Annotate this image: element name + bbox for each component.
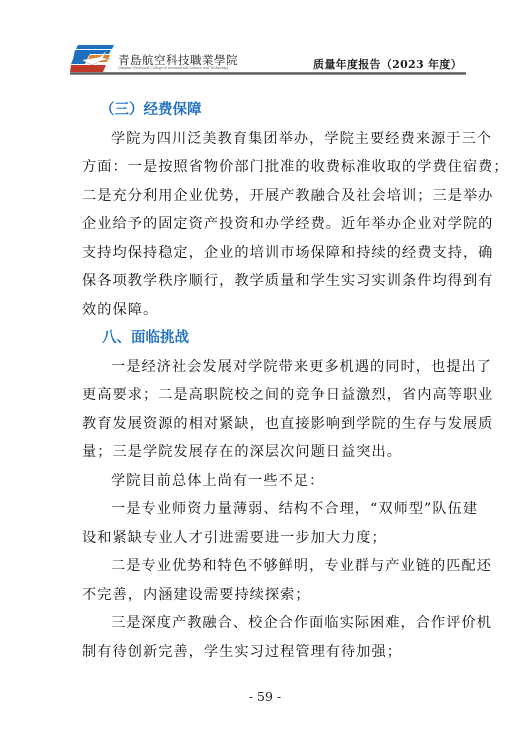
text-line: 学院目前总体上尚有一些不足：	[82, 467, 464, 496]
text-line: 不完善，内涵建设需要持续探索；	[82, 581, 464, 610]
paragraph-funding: 学院为四川泛美教育集团举办，学院主要经费来源于三个 方面：一是按照省物价部门批准…	[82, 125, 464, 325]
college-logo-icon	[70, 45, 114, 72]
text-line: 教育发展资源的相对紧缺，也直接影响到学院的生存与发展质	[82, 410, 464, 439]
text-line: 企业给予的固定资产投资和办学经费。近年举办企业对学院的	[82, 210, 464, 239]
page-header: 青島航空科技職業學院 Qingdao Vocational College of…	[70, 40, 466, 76]
text-line: 学院为四川泛美教育集团举办，学院主要经费来源于三个	[82, 125, 464, 154]
paragraph-shortcoming-3: 三是深度产教融合、校企合作面临实际困难，合作评价机 制有待创新完善，学生实习过程…	[82, 609, 464, 666]
text-line: 一是专业师资力量薄弱、结构不合理，“双师型”队伍建	[82, 495, 464, 524]
page-number: - 59 -	[0, 689, 530, 704]
text-line: 二是充分利用企业优势，开展产教融合及社会培训；三是举办	[82, 182, 464, 211]
text-line: 制有待创新完善，学生实习过程管理有待加强；	[82, 638, 464, 667]
paragraph-shortcoming-2: 二是专业优势和特色不够鲜明，专业群与产业链的匹配还 不完善，内涵建设需要持续探索…	[82, 552, 464, 609]
text-line: 一是经济社会发展对学院带来更多机遇的同时，也提出了	[82, 353, 464, 382]
section-heading-funding: （三）经费保障	[82, 96, 464, 125]
text-line: 量；三是学院发展存在的深层次问题日益突出。	[82, 438, 464, 467]
text-line: 支持均保持稳定，企业的培训市场保障和持续的经费支持，确	[82, 239, 464, 268]
report-title: 质量年度报告（2023 年度）	[313, 56, 462, 72]
text-line: 三是深度产教融合、校企合作面临实际困难，合作评价机	[82, 609, 464, 638]
text-line: 方面：一是按照省物价部门批准的收费标准收取的学费住宿费；	[82, 153, 464, 182]
text-line: 二是专业优势和特色不够鲜明，专业群与产业链的匹配还	[82, 552, 464, 581]
section-heading-challenges: 八、面临挑战	[82, 324, 464, 353]
text-line: 效的保障。	[82, 296, 464, 325]
paragraph-challenges-overview: 一是经济社会发展对学院带来更多机遇的同时，也提出了 更高要求；二是高职院校之间的…	[82, 353, 464, 467]
header-divider	[70, 72, 466, 75]
text-line: 保各项教学秩序顺行，教学质量和学生实习实训条件均得到有	[82, 267, 464, 296]
paragraph-shortcomings-intro: 学院目前总体上尚有一些不足：	[82, 467, 464, 496]
text-line: 更高要求；二是高职院校之间的竞争日益激烈，省内高等职业	[82, 381, 464, 410]
text-line: 设和紧缺专业人才引进需要进一步加大力度；	[82, 524, 464, 553]
school-name-english: Qingdao Vocational College of Aeronautic…	[118, 66, 228, 70]
paragraph-shortcoming-1: 一是专业师资力量薄弱、结构不合理，“双师型”队伍建 设和紧缺专业人才引进需要进一…	[82, 495, 464, 552]
page-body: （三）经费保障 学院为四川泛美教育集团举办，学院主要经费来源于三个 方面：一是按…	[82, 96, 464, 666]
